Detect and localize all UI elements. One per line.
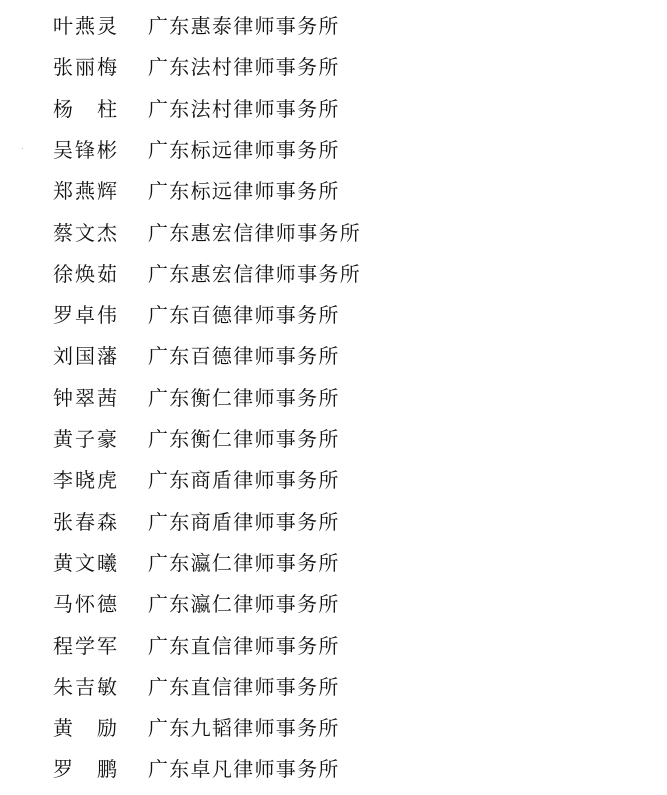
law-firm-name: 广东惠宏信律师事务所	[148, 218, 361, 248]
list-item: 黄子豪广东衡仁律师事务所	[0, 424, 667, 454]
lawyer-name: 张丽梅	[53, 52, 117, 82]
lawyer-name: 张春森	[53, 507, 117, 537]
law-firm-name: 广东惠泰律师事务所	[148, 11, 340, 41]
list-item: 杨柱广东法村律师事务所	[0, 94, 667, 124]
lawyer-name: 蔡文杰	[53, 218, 117, 248]
list-item: 罗卓伟广东百德律师事务所	[0, 300, 667, 330]
lawyer-name: 朱吉敏	[53, 672, 117, 702]
list-item: 张春森广东商盾律师事务所	[0, 507, 667, 537]
law-firm-name: 广东商盾律师事务所	[148, 507, 340, 537]
law-firm-name: 广东百德律师事务所	[148, 341, 340, 371]
list-item: 蔡文杰广东惠宏信律师事务所	[0, 218, 667, 248]
lawyer-name: 叶燕灵	[53, 11, 117, 41]
list-item: 黄励广东九韬律师事务所	[0, 713, 667, 743]
list-item: 张丽梅广东法村律师事务所	[0, 52, 667, 82]
lawyer-name: 钟翠茜	[53, 383, 117, 413]
law-firm-name: 广东百德律师事务所	[148, 300, 340, 330]
law-firm-name: 广东惠宏信律师事务所	[148, 259, 361, 289]
law-firm-name: 广东瀛仁律师事务所	[148, 548, 340, 578]
law-firm-name: 广东法村律师事务所	[148, 52, 340, 82]
lawyer-name: 黄子豪	[53, 424, 117, 454]
law-firm-name: 广东直信律师事务所	[148, 631, 340, 661]
lawyer-name: 徐焕茹	[53, 259, 117, 289]
list-item: 朱吉敏广东直信律师事务所	[0, 672, 667, 702]
law-firm-name: 广东直信律师事务所	[148, 672, 340, 702]
lawyer-name: 黄励	[53, 713, 117, 743]
lawyer-name: 刘国藩	[53, 341, 117, 371]
list-item: 罗鹏广东卓凡律师事务所	[0, 754, 667, 784]
law-firm-name: 广东瀛仁律师事务所	[148, 589, 340, 619]
lawyer-name: 杨柱	[53, 94, 117, 124]
lawyer-name: 程学军	[53, 631, 117, 661]
lawyer-name: 罗卓伟	[53, 300, 117, 330]
law-firm-name: 广东法村律师事务所	[148, 94, 340, 124]
law-firm-name: 广东衡仁律师事务所	[148, 383, 340, 413]
law-firm-name: 广东衡仁律师事务所	[148, 424, 340, 454]
list-item: 李晓虎广东商盾律师事务所	[0, 465, 667, 495]
list-item: 吴锋彬广东标远律师事务所	[0, 135, 667, 165]
lawyer-name: 郑燕辉	[53, 176, 117, 206]
list-item: 郑燕辉广东标远律师事务所	[0, 176, 667, 206]
lawyer-name: 马怀德	[53, 589, 117, 619]
law-firm-name: 广东标远律师事务所	[148, 176, 340, 206]
list-item: 程学军广东直信律师事务所	[0, 631, 667, 661]
law-firm-name: 广东标远律师事务所	[148, 135, 340, 165]
law-firm-name: 广东卓凡律师事务所	[148, 754, 340, 784]
list-item: 刘国藩广东百德律师事务所	[0, 341, 667, 371]
list-item: 徐焕茹广东惠宏信律师事务所	[0, 259, 667, 289]
lawyer-name: 吴锋彬	[53, 135, 117, 165]
list-item: 黄文曦广东瀛仁律师事务所	[0, 548, 667, 578]
list-item: 马怀德广东瀛仁律师事务所	[0, 589, 667, 619]
lawyer-name: 黄文曦	[53, 548, 117, 578]
list-item: 钟翠茜广东衡仁律师事务所	[0, 383, 667, 413]
list-item: 叶燕灵广东惠泰律师事务所	[0, 11, 667, 41]
law-firm-name: 广东九韬律师事务所	[148, 713, 340, 743]
law-firm-name: 广东商盾律师事务所	[148, 465, 340, 495]
lawyer-name: 李晓虎	[53, 465, 117, 495]
lawyer-name: 罗鹏	[53, 754, 117, 784]
scan-speck	[22, 148, 23, 149]
